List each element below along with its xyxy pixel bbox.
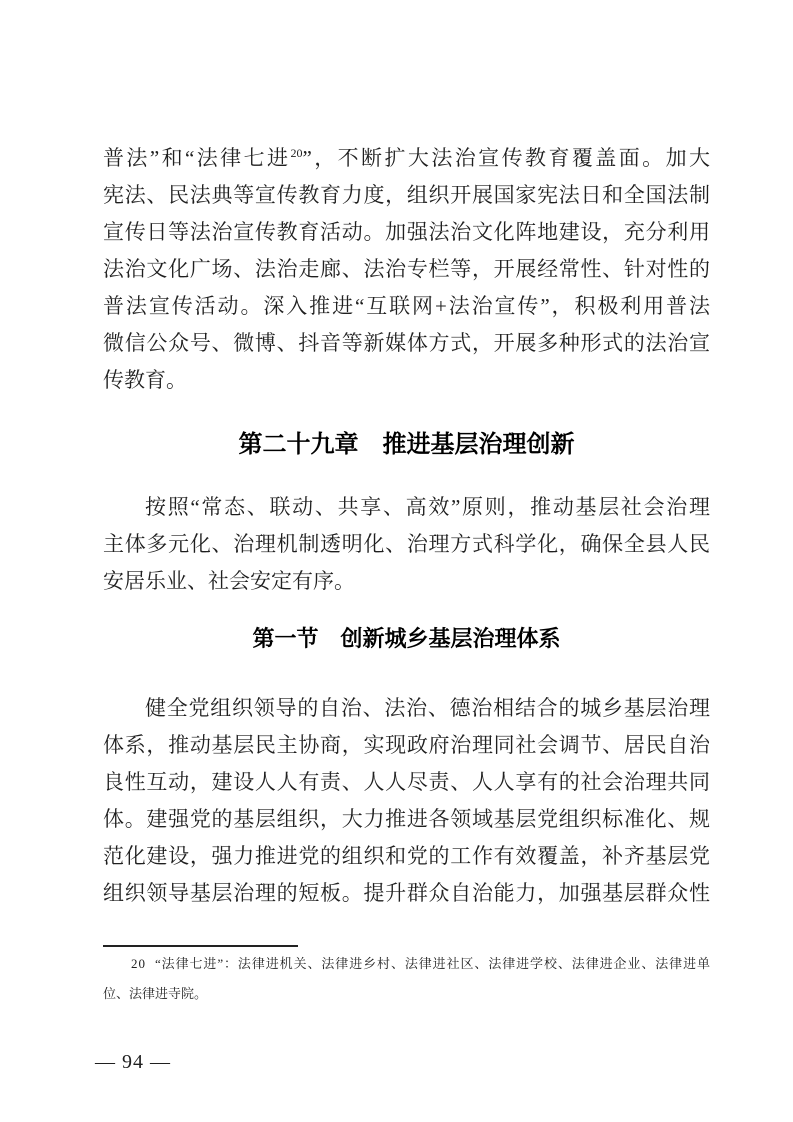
footnote-line: 20“法律七进”：法律进机关、法律进乡村、法律进社区、法律进学校、法律进企业、法… bbox=[103, 949, 710, 979]
paragraph-law-publicity: 普法”和“法律七进20”，不断扩大法治宣传教育覆盖面。加大 宪法、民法典等宣传教… bbox=[103, 0, 710, 399]
body-line: 传教育。 bbox=[103, 362, 710, 399]
body-text: 普法”和“法律七进 bbox=[103, 146, 290, 170]
body-text: ”，不断扩大法治宣传教育覆盖面。加大 bbox=[302, 146, 710, 170]
footnote-marker: 20 bbox=[131, 956, 146, 971]
footnote-reference-20: 20 bbox=[290, 146, 302, 160]
document-page: 普法”和“法律七进20”，不断扩大法治宣传教育覆盖面。加大 宪法、民法典等宣传教… bbox=[0, 0, 793, 1122]
body-line: 体系，推动基层民主协商，实现政府治理同社会调节、居民自治 bbox=[103, 727, 710, 764]
footnote-line: 位、法律进寺院。 bbox=[103, 979, 710, 1009]
body-line: 组织领导基层治理的短板。提升群众自治能力，加强基层群众性 bbox=[103, 875, 710, 912]
body-line: 主体多元化、治理机制透明化、治理方式科学化，确保全县人民 bbox=[103, 526, 710, 563]
body-line: 体。建强党的基层组织，大力推进各领域基层党组织标准化、规 bbox=[103, 801, 710, 838]
body-line: 普法宣传活动。深入推进“互联网+法治宣传”，积极利用普法 bbox=[103, 288, 710, 325]
section-heading: 第一节 创新城乡基层治理体系 bbox=[103, 622, 710, 656]
paragraph-governance-principles: 按照“常态、联动、共享、高效”原则，推动基层社会治理 主体多元化、治理机制透明化… bbox=[103, 489, 710, 600]
body-line: 宣传日等法治宣传教育活动。加强法治文化阵地建设，充分利用 bbox=[103, 214, 710, 251]
body-line: 范化建设，强力推进党的组织和党的工作有效覆盖，补齐基层党 bbox=[103, 838, 710, 875]
body-line: 良性互动，建设人人有责、人人尽责、人人享有的社会治理共同 bbox=[103, 764, 710, 801]
body-line: 健全党组织领导的自治、法治、德治相结合的城乡基层治理 bbox=[103, 690, 710, 727]
footnote-text: “法律七进”：法律进机关、法律进乡村、法律进社区、法律进学校、法律进企业、法律进… bbox=[155, 956, 710, 971]
body-line: 宪法、民法典等宣传教育力度，组织开展国家宪法日和全国法制 bbox=[103, 177, 710, 214]
body-line: 微信公众号、微博、抖音等新媒体方式，开展多种形式的法治宣 bbox=[103, 325, 710, 362]
body-line: 安居乐业、社会安定有序。 bbox=[103, 563, 710, 600]
page-number: — 94 — bbox=[95, 1050, 171, 1074]
body-line: 法治文化广场、法治走廊、法治专栏等，开展经常性、针对性的 bbox=[103, 251, 710, 288]
paragraph-grassroots-system: 健全党组织领导的自治、法治、德治相结合的城乡基层治理 体系，推动基层民主协商，实… bbox=[103, 690, 710, 912]
body-line: 普法”和“法律七进20”，不断扩大法治宣传教育覆盖面。加大 bbox=[103, 140, 710, 177]
footnote: 20“法律七进”：法律进机关、法律进乡村、法律进社区、法律进学校、法律进企业、法… bbox=[103, 949, 710, 1009]
text-column: 普法”和“法律七进20”，不断扩大法治宣传教育覆盖面。加大 宪法、民法典等宣传教… bbox=[103, 0, 710, 1009]
body-line: 按照“常态、联动、共享、高效”原则，推动基层社会治理 bbox=[103, 489, 710, 526]
chapter-heading: 第二十九章 推进基层治理创新 bbox=[103, 428, 710, 462]
footnote-divider bbox=[103, 945, 298, 947]
